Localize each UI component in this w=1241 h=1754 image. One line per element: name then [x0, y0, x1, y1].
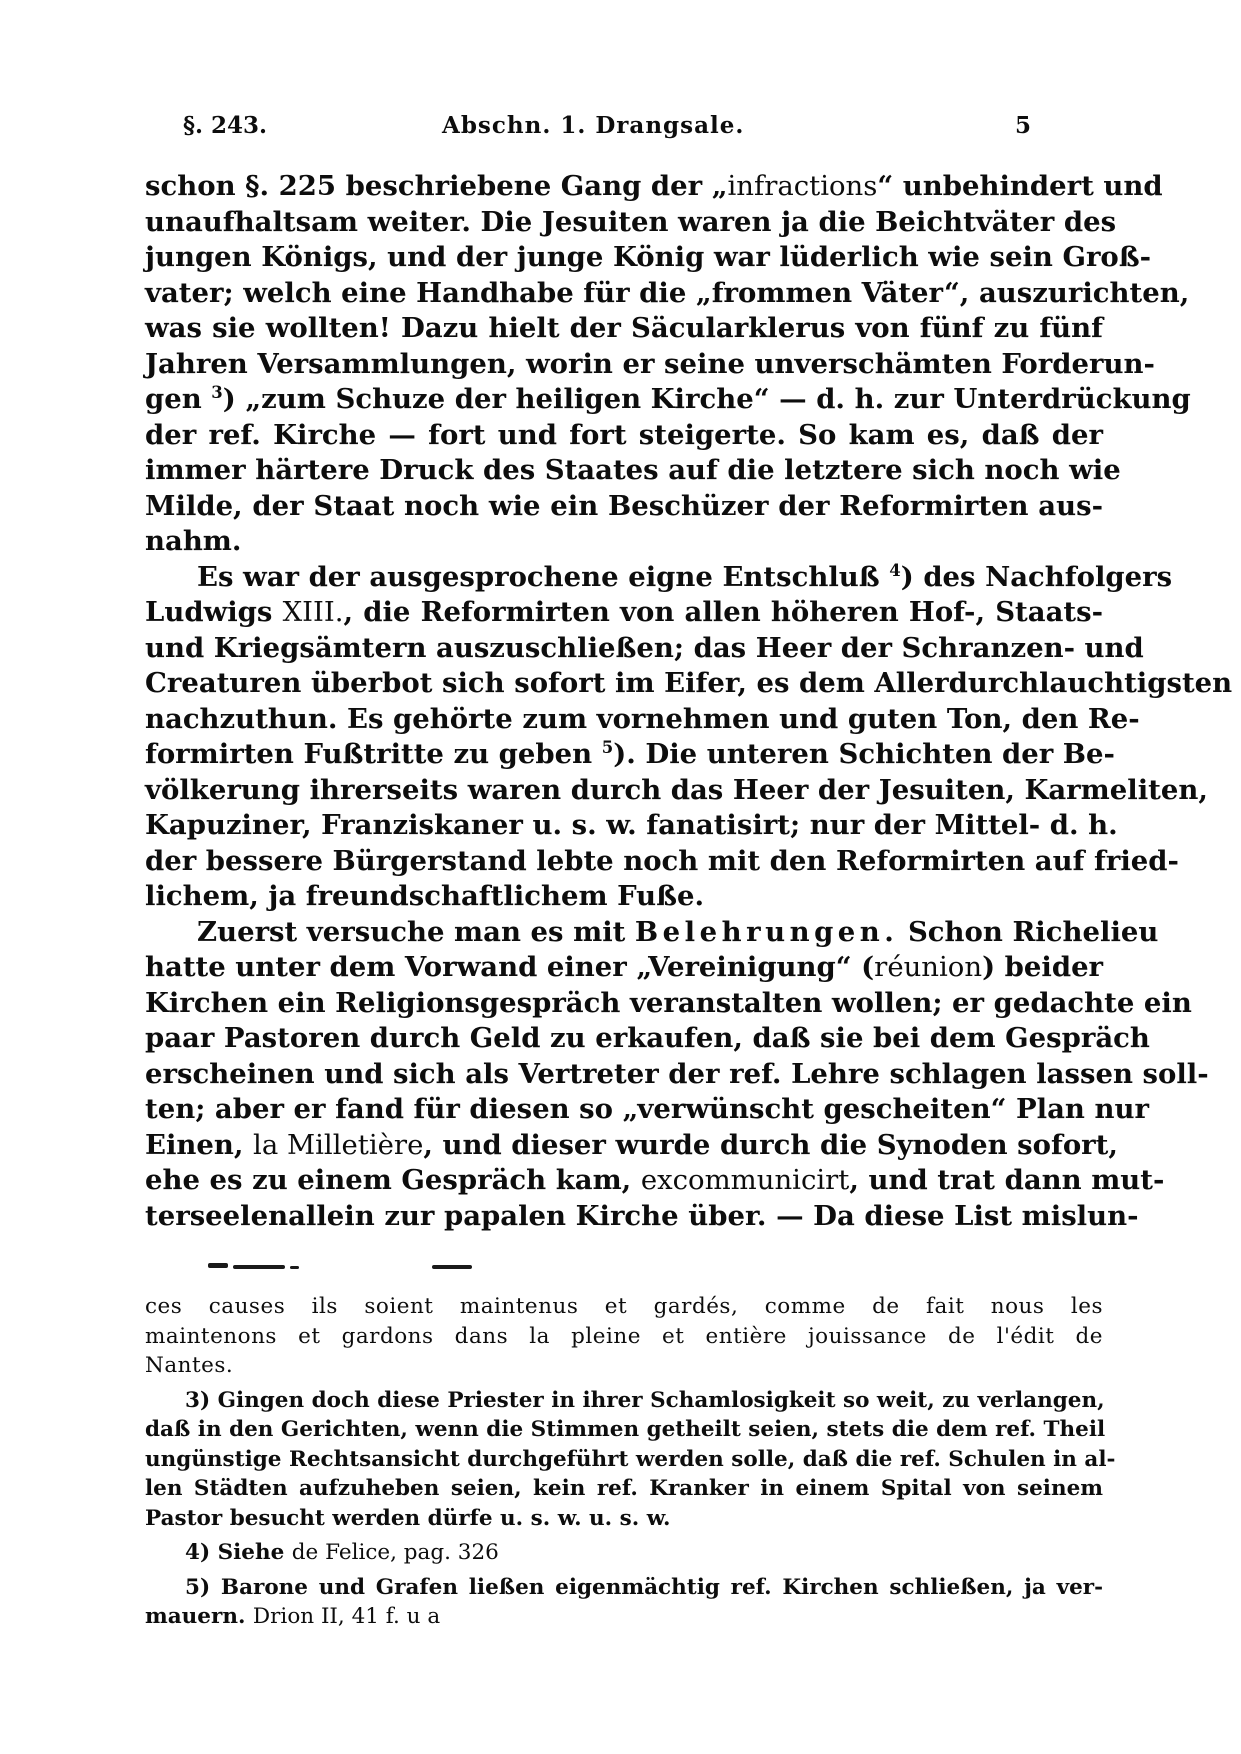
- text-line: Ludwigs XIII., die Reformirten von allen…: [145, 595, 1103, 631]
- footnote-2-continuation: ces causes ils soient maintenus et gardé…: [145, 1292, 1103, 1381]
- text-line: jungen Königs, und der junge König war l…: [145, 240, 1103, 276]
- text-line: Milde, der Staat noch wie ein Beschüzer …: [145, 489, 1103, 525]
- text-line: len Städten aufzuheben seien, kein ref. …: [145, 1474, 1103, 1504]
- footnote-separator-dash: [208, 1263, 228, 1268]
- text-line: ungünstige Rechtsansicht durchgeführt we…: [145, 1445, 1103, 1475]
- text-line: hatte unter dem Vorwand einer „Vereinigu…: [145, 950, 1103, 986]
- text-line: der bessere Bürgerstand lebte noch mit d…: [145, 844, 1103, 880]
- text-line: mauern. Drion II, 41 f. u a: [145, 1602, 1103, 1632]
- text-line: terseelenallein zur papalen Kirche über.…: [145, 1199, 1103, 1235]
- footnote-5: 5) Barone und Grafen ließen eigenmächtig…: [145, 1573, 1103, 1632]
- text-line: und Kriegsämtern auszuschließen; das Hee…: [145, 631, 1103, 667]
- text-line: schon §. 225 beschriebene Gang der „infr…: [145, 169, 1103, 205]
- footnotes-block: ces causes ils soient maintenus et gardé…: [145, 1292, 1103, 1637]
- paragraph: Zuerst versuche man es mit Belehrungen. …: [145, 915, 1103, 1235]
- text-line: ten; aber er fand für diesen so „verwüns…: [145, 1092, 1103, 1128]
- footnote-separator-dash: [290, 1266, 299, 1269]
- text-line: vater; welch eine Handhabe für die „from…: [145, 276, 1103, 312]
- text-line: Es war der ausgesprochene eigne Entschlu…: [145, 560, 1103, 596]
- text-line: Einen, la Milletière, und dieser wurde d…: [145, 1128, 1103, 1164]
- text-line: daß in den Gerichten, wenn die Stimmen g…: [145, 1415, 1103, 1445]
- main-text-block: schon §. 225 beschriebene Gang der „infr…: [145, 169, 1103, 1234]
- text-line: der ref. Kirche — fort und fort steigert…: [145, 418, 1103, 454]
- text-line: nahm.: [145, 524, 1103, 560]
- text-line: formirten Fußtritte zu geben 5). Die unt…: [145, 737, 1103, 773]
- page-number: 5: [1015, 112, 1031, 139]
- text-line: paar Pastoren durch Geld zu erkaufen, da…: [145, 1021, 1103, 1057]
- section-number: §. 243.: [183, 112, 267, 139]
- paragraph: schon §. 225 beschriebene Gang der „infr…: [145, 169, 1103, 560]
- text-line: Zuerst versuche man es mit Belehrungen. …: [145, 915, 1103, 951]
- footnote-3: 3) Gingen doch diese Priester in ihrer S…: [145, 1386, 1103, 1534]
- text-line: ces causes ils soient maintenus et gardé…: [145, 1292, 1103, 1322]
- text-line: Kapuziner, Franziskaner u. s. w. fanatis…: [145, 808, 1103, 844]
- running-header: §. 243. Abschn. 1. Drangsale. 5: [145, 112, 1103, 146]
- text-line: immer härtere Druck des Staates auf die …: [145, 453, 1103, 489]
- text-line: maintenons et gardons dans la pleine et …: [145, 1322, 1103, 1352]
- text-line: Nantes.: [145, 1351, 1103, 1381]
- text-line: 5) Barone und Grafen ließen eigenmächtig…: [145, 1573, 1103, 1603]
- text-line: Kirchen ein Religionsgespräch veranstalt…: [145, 986, 1103, 1022]
- text-line: unaufhaltsam weiter. Die Jesuiten waren …: [145, 205, 1103, 241]
- book-page-scan: §. 243. Abschn. 1. Drangsale. 5 schon §.…: [0, 0, 1241, 1754]
- text-line: lichem, ja freundschaftlichem Fuße.: [145, 879, 1103, 915]
- text-line: was sie wollten! Dazu hielt der Säculark…: [145, 311, 1103, 347]
- text-line: 4) Siehe de Felice, pag. 326: [145, 1538, 1103, 1568]
- text-line: 3) Gingen doch diese Priester in ihrer S…: [145, 1386, 1103, 1416]
- text-line: Pastor besucht werden dürfe u. s. w. u. …: [145, 1504, 1103, 1534]
- text-line: gen 3) „zum Schuze der heiligen Kirche“ …: [145, 382, 1103, 418]
- text-line: erscheinen und sich als Vertreter der re…: [145, 1057, 1103, 1093]
- text-line: nachzuthun. Es gehörte zum vornehmen und…: [145, 702, 1103, 738]
- text-line: Jahren Versammlungen, worin er seine unv…: [145, 347, 1103, 383]
- chapter-title: Abschn. 1. Drangsale.: [442, 112, 744, 139]
- text-line: völkerung ihrerseits waren durch das Hee…: [145, 773, 1103, 809]
- footnote-separator-dash: [432, 1265, 472, 1269]
- footnote-4: 4) Siehe de Felice, pag. 326: [145, 1538, 1103, 1568]
- text-line: Creaturen überbot sich sofort im Eifer, …: [145, 666, 1103, 702]
- footnote-separator-dash: [233, 1265, 285, 1269]
- paragraph: Es war der ausgesprochene eigne Entschlu…: [145, 560, 1103, 915]
- text-line: ehe es zu einem Gespräch kam, excommunic…: [145, 1163, 1103, 1199]
